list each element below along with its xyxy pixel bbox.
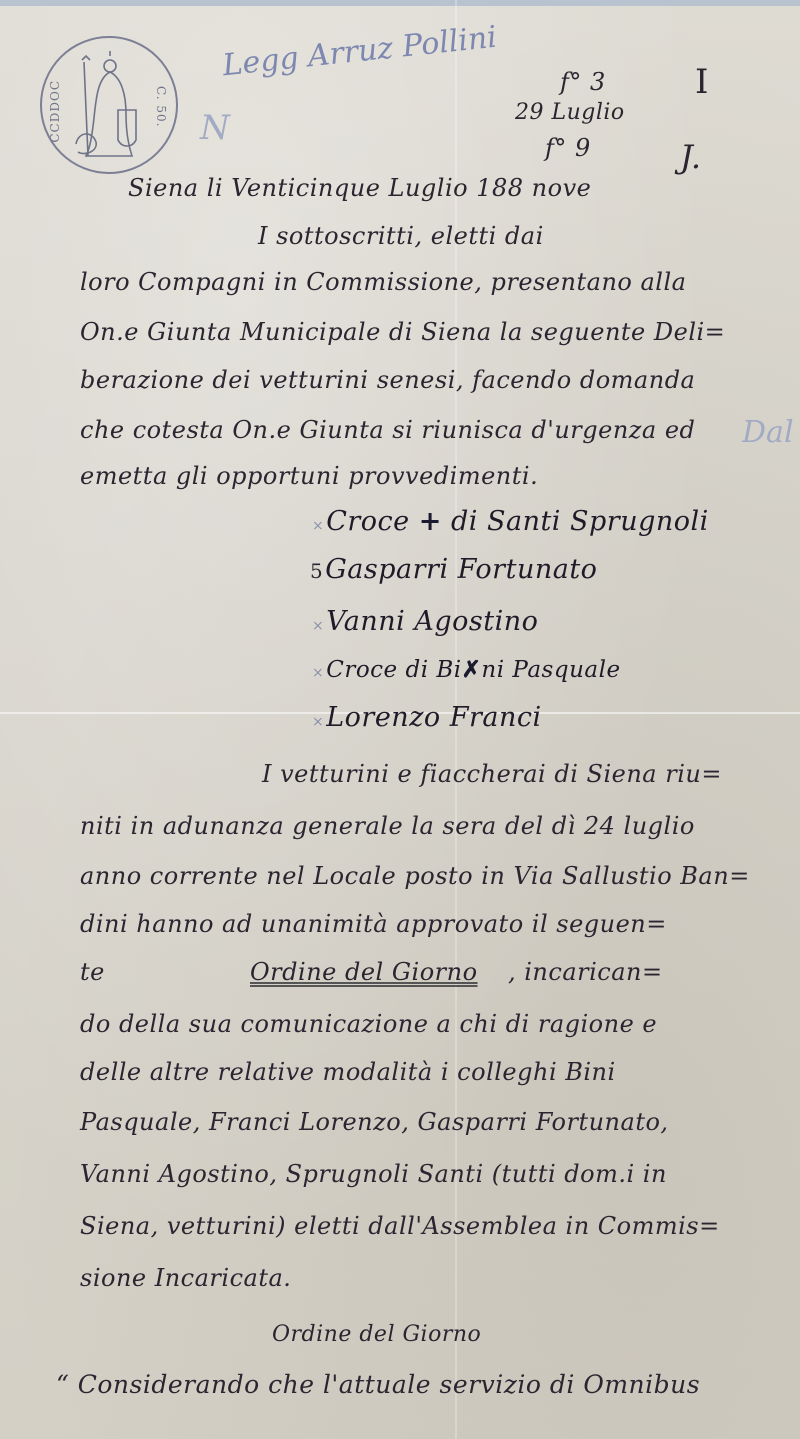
paragraph2-line10: Siena, vetturini) eletti dall'Assemblea … [80,1212,720,1240]
paragraph2-line11: sione Incaricata. [80,1264,291,1292]
paragraph1-line6: emetta gli opportuni provvedimenti. [80,462,538,490]
paragraph2-line5-cont: , incarican= [508,958,663,986]
revenue-stamp: CCDDOC C. 50. [40,36,178,174]
paragraph2-line3: anno corrente nel Locale posto in Via Sa… [80,862,750,890]
registry-note-roman: I [695,62,709,102]
paragraph1-line5: che cotesta On.e Giunta si riunisca d'ur… [80,416,695,444]
closing-line: “ Considerando che l'attuale servizio di… [56,1370,700,1399]
pencil-note-margin-left: N [200,108,230,148]
dateline: Siena li Venticinque Luglio 188 nove [128,174,591,202]
paragraph1-line2: loro Compagni in Commissione, presentano… [80,268,686,296]
paragraph2-line4: dini hanno ad unanimità approvato il seg… [80,910,667,938]
paragraph2-line1: I vetturini e fiaccherai di Siena riu= [262,760,722,788]
paragraph2-line9: Vanni Agostino, Sprugnoli Santi (tutti d… [80,1160,667,1188]
paragraph2-line8: Pasquale, Franci Lorenzo, Gasparri Fortu… [80,1108,669,1136]
registry-note-folio: f° 3 [560,68,606,96]
heading-ordine-del-giorno: Ordine del Giorno [272,1322,481,1347]
paragraph2-line6: do della sua comunicazione a chi di ragi… [80,1010,657,1038]
signature-2: 5Gasparri Fortunato [310,554,597,585]
paragraph1-line1: I sottoscritti, eletti dai [258,222,544,250]
paragraph2-line2: niti in adunanza generale la sera del dì… [80,812,695,840]
cross-mark-icon: + [419,506,442,537]
signature-5: ×Lorenzo Franci [312,702,542,733]
allegorical-figure-icon [70,48,150,162]
paragraph2-line7: delle altre relative modalità i colleghi… [80,1058,616,1086]
inline-heading-ordine: Ordine del Giorno [250,958,478,986]
registry-note-mark: J. [680,138,702,176]
page-top-edge [0,0,800,6]
stamp-value-text: C. 50. [154,86,168,127]
signature-4: ×Croce di Bi✗ni Pasquale [312,656,621,683]
signature-1: ×Croce + di Santi Sprugnoli [312,506,709,537]
stamp-left-text: CCDDOC [48,80,62,143]
registry-note-folio-2: f° 9 [545,134,591,162]
signature-3: ×Vanni Agostino [312,606,538,637]
cross-mark-icon: ✗ [462,656,482,683]
registry-note-date: 29 Luglio [515,100,625,125]
paragraph1-line4: berazione dei vetturini senesi, facendo … [80,366,695,394]
pencil-note-margin-right: Dal [742,415,794,450]
document-page: CCDDOC C. 50. Legg Arruz Pollini N Dal f… [0,0,800,1439]
paragraph2-line5-te: te [80,958,105,986]
paragraph1-line3: On.e Giunta Municipale di Siena la segue… [80,318,725,346]
